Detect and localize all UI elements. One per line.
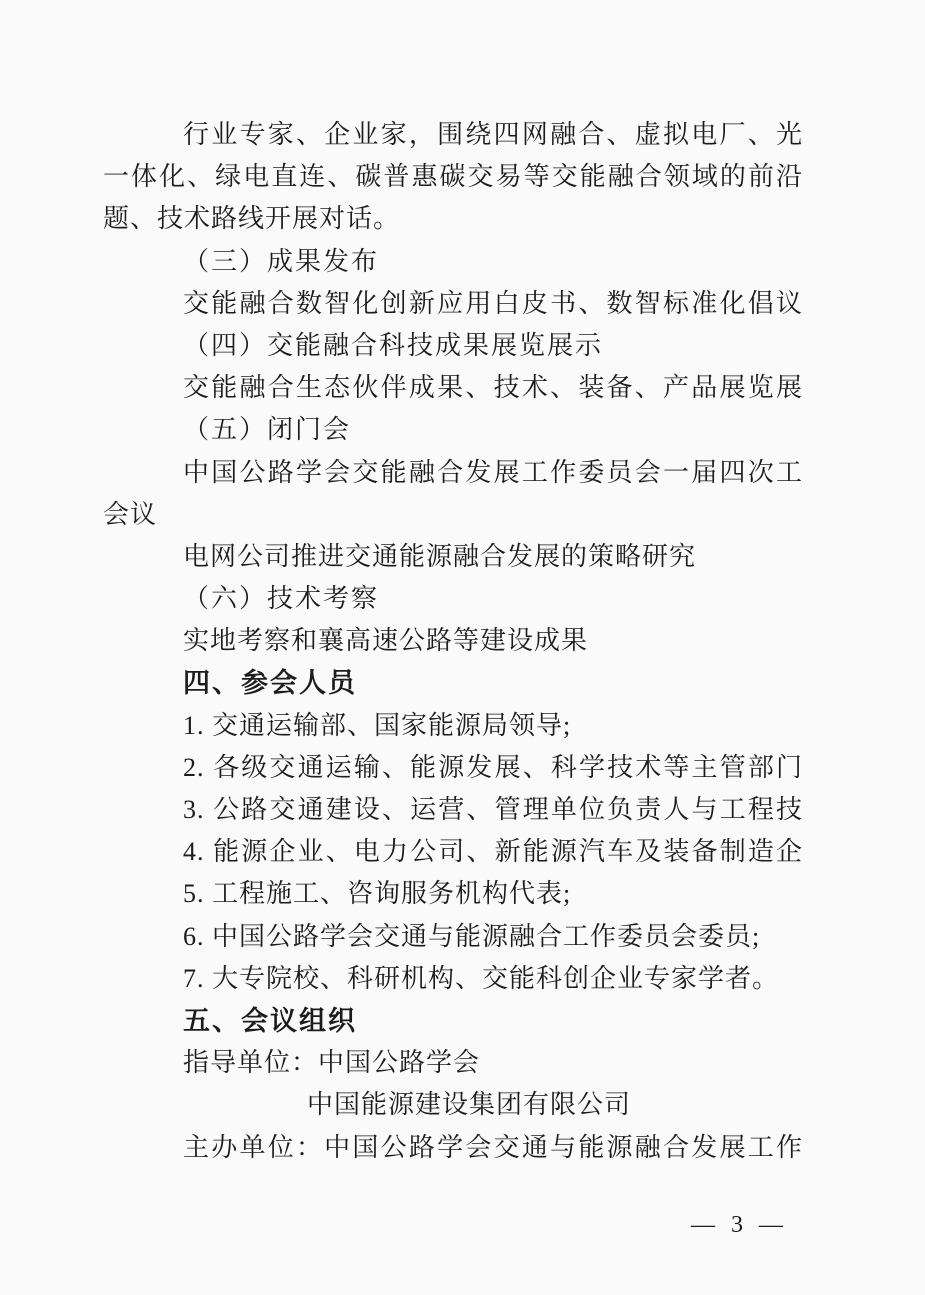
page-number: 3	[731, 1212, 743, 1238]
list-item-participant-6: 6. 中国公路学会交通与能源融合工作委员会委员;	[103, 916, 803, 958]
list-item-participant-7: 7. 大专院校、科研机构、交能科创企业专家学者。	[103, 958, 803, 1000]
list-item-participant-3: 3. 公路交通建设、运营、管理单位负责人与工程技术人员;	[103, 789, 803, 831]
para-grid-strategy: 电网公司推进交通能源融合发展的策略研究	[103, 536, 803, 578]
footer-dash-left: —	[691, 1212, 715, 1238]
subsection-heading-exhibition: （四）交能融合科技成果展览展示	[103, 325, 803, 367]
para-site-visit: 实地考察和襄高速公路等建设成果	[103, 620, 803, 662]
list-item-participant-5: 5. 工程施工、咨询服务机构代表;	[103, 873, 803, 915]
para-committee-meeting-line-1: 中国公路学会交能融合发展工作委员会一届四次工作	[103, 452, 803, 494]
list-item-participant-4: 4. 能源企业、电力公司、新能源汽车及装备制造企业代表;	[103, 831, 803, 873]
document-page: 行业专家、企业家，围绕四网融合、虚拟电厂、光储充 一体化、绿电直连、碳普惠碳交易…	[0, 0, 925, 1295]
org-line-guidance-unit-2: 中国能源建设集团有限公司	[103, 1084, 803, 1126]
org-line-host-unit: 主办单位：中国公路学会交通与能源融合发展工作委员会	[103, 1127, 803, 1169]
list-item-participant-2: 2. 各级交通运输、能源发展、科学技术等主管部门代表;	[103, 747, 803, 789]
para-whitepaper: 交能融合数智化创新应用白皮书、数智标准化倡议等	[103, 283, 803, 325]
section-heading-organization: 五、会议组织	[103, 1000, 803, 1042]
para-dialogue-line-2: 一体化、绿电直连、碳普惠碳交易等交能融合领域的前沿话	[103, 156, 803, 198]
subsection-heading-tech-tour: （六）技术考察	[103, 578, 803, 620]
list-item-participant-1: 1. 交通运输部、国家能源局领导;	[103, 705, 803, 747]
subsection-heading-results-release: （三）成果发布	[103, 241, 803, 283]
document-body: 行业专家、企业家，围绕四网融合、虚拟电厂、光储充 一体化、绿电直连、碳普惠碳交易…	[103, 114, 803, 1169]
para-committee-meeting-line-2: 会议	[103, 494, 803, 536]
footer-dash-right: —	[759, 1212, 783, 1238]
section-heading-participants: 四、参会人员	[103, 662, 803, 704]
subsection-heading-closed-meeting: （五）闭门会	[103, 409, 803, 451]
para-dialogue-line-1: 行业专家、企业家，围绕四网融合、虚拟电厂、光储充	[103, 114, 803, 156]
para-dialogue-line-3: 题、技术路线开展对话。	[103, 198, 803, 240]
page-footer: —3—	[103, 1212, 803, 1239]
org-line-guidance-unit: 指导单位：中国公路学会	[103, 1042, 803, 1084]
para-exhibition-items: 交能融合生态伙伴成果、技术、装备、产品展览展示	[103, 367, 803, 409]
